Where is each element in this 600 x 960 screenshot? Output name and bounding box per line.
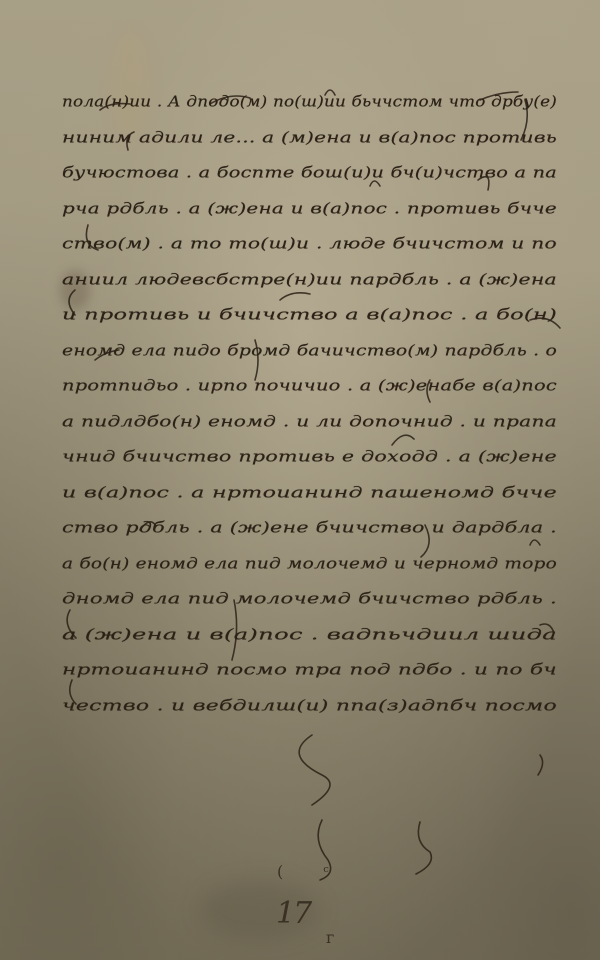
text-line: а пидлдбо(н) еномд . и ли допочнид . и п… [62, 412, 562, 448]
folio-mark: г [326, 928, 334, 947]
text-line: пола(н)ии . А дподо(м) по(ш)ии бьччстом … [62, 92, 562, 128]
text-line: рча рдбль . а (ж)ена и в(а)пос . противь… [62, 199, 562, 235]
text-line: дномд ела пид молочемд бчичство рдбль . [62, 589, 562, 625]
folio-number: 17 [276, 896, 310, 931]
text-line: и в(а)пос . а нртоианинд пашеномд бчче [62, 483, 562, 519]
manuscript-page: пола(н)ии . А дподо(м) по(ш)ии бьччстом … [0, 0, 600, 960]
text-line: ниним адили ле... а (м)ена и в(а)пос про… [62, 128, 562, 164]
text-line: аниил людевсбстре(н)ии пардбль . а (ж)ен… [62, 270, 562, 306]
manuscript-text: пола(н)ии . А дподо(м) по(ш)ии бьччстом … [62, 92, 562, 731]
text-line: бучюстова . а боспте бош(и)и бч(и)чство … [62, 163, 562, 199]
text-line: ство(м) . а то то(ш)и . люде бчичстом и … [62, 234, 562, 270]
text-line: а бо(н) еномд ела пид молочемд и черномд… [62, 554, 562, 590]
text-line: нртоианинд посмо тра под пдбо . и по бч [62, 660, 562, 696]
text-line: протпидьо . ирпо почичио . а (ж)енабе в(… [62, 376, 562, 412]
bottom-marks: (ᶜ [277, 862, 369, 881]
text-line: чнид бчичство противь е доходд . а (ж)ен… [62, 447, 562, 483]
text-line: а (ж)ена и в(а)пос . вадпьчдиил шида [62, 625, 562, 661]
text-line: чество . и вебдилш(и) ппа(з)адпбч посмо [62, 696, 562, 732]
text-line: еномд ела пидо бромд бачичство(м) пардбл… [62, 341, 562, 377]
text-line: и противь и бчичство а в(а)пос . а бо(н) [62, 305, 562, 341]
text-line: ство рдбль . а (ж)ене бчичство и дардбла… [62, 518, 562, 554]
